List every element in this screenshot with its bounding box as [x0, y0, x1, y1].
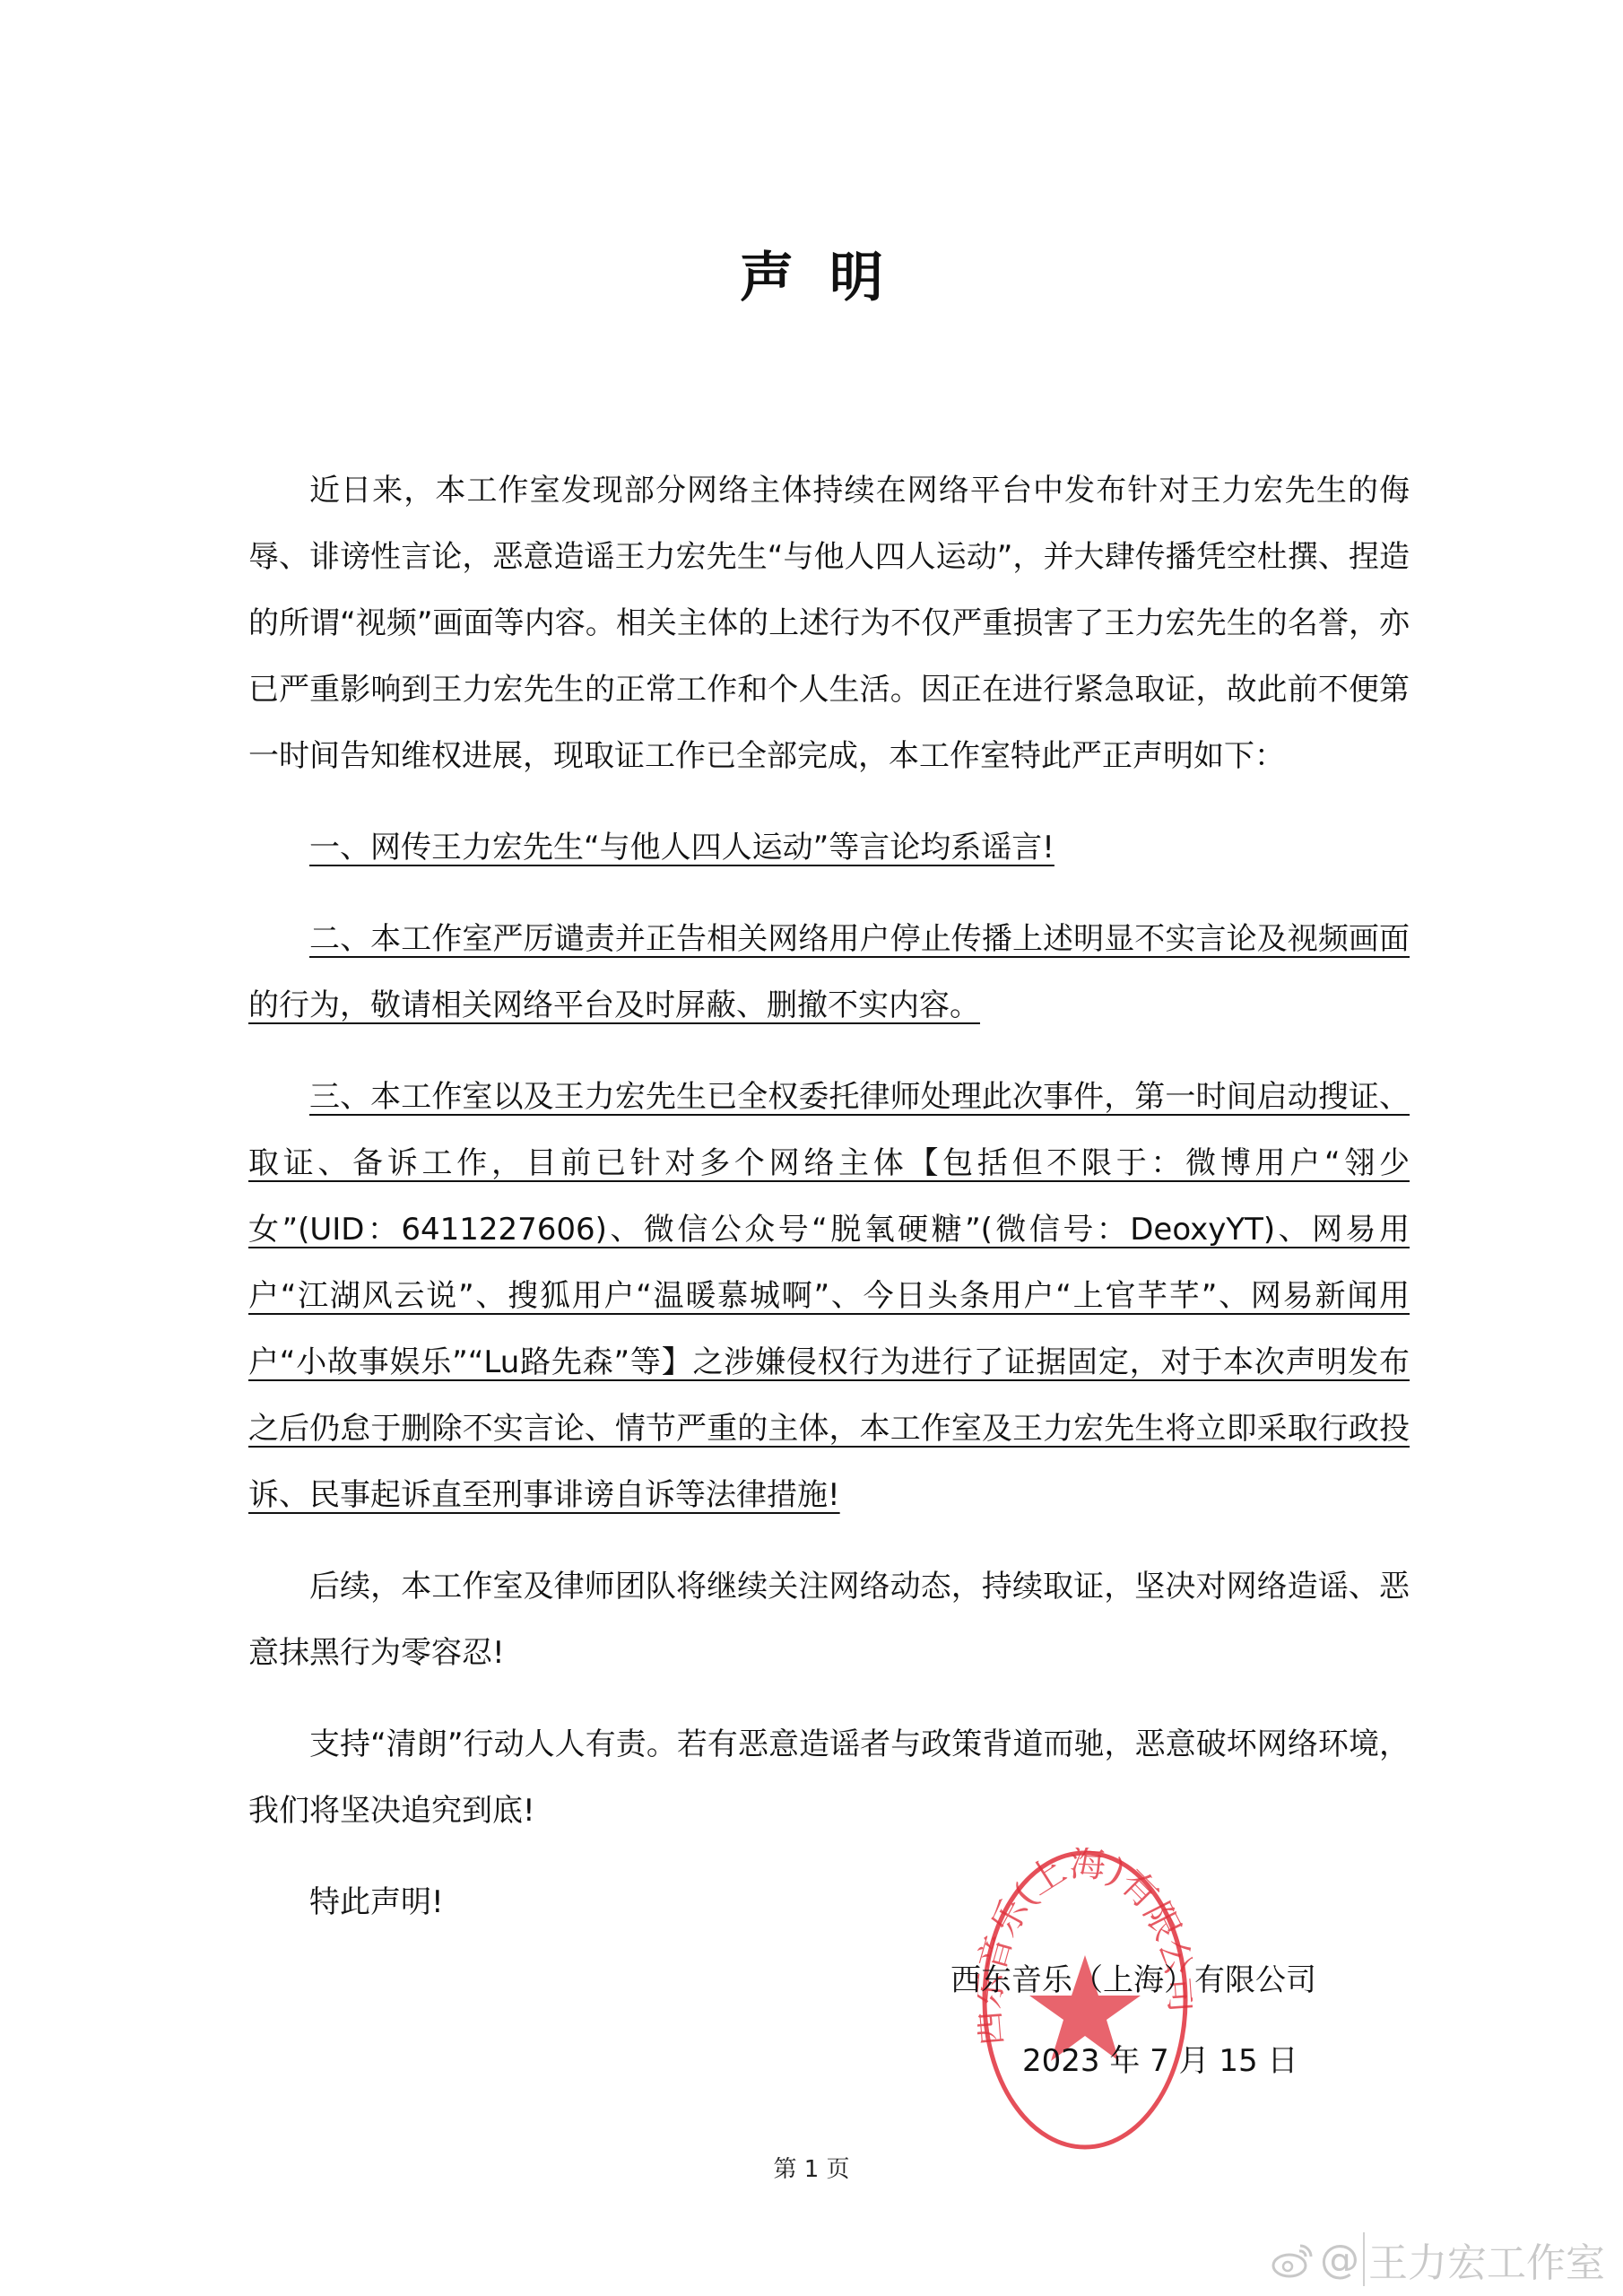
paragraph-support: 支持“清朗”行动人人有责。若有恶意造谣者与政策背道而驰，恶意破坏网络环境，我们将…: [248, 1711, 1410, 1844]
signature-company: 西东音乐（上海）有限公司: [950, 1955, 1316, 1999]
company-seal-icon: 西东音乐(上海)有限公司: [977, 1848, 1193, 2152]
signature-date: 2023 年 7 月 15 日: [1022, 2036, 1298, 2080]
watermark-divider: [1363, 2232, 1365, 2286]
document-title: 声明: [0, 235, 1623, 312]
paragraph-point-2: 二、本工作室严厉谴责并正告相关网络用户停止传播上述明显不实言论及视频画面的行为，…: [248, 921, 1410, 1023]
paragraph-point-3: 三、本工作室以及王力宏先生已全权委托律师处理此次事件，第一时间启动搜证、取证、备…: [248, 1079, 1410, 1513]
paragraph-point-1: 一、网传王力宏先生“与他人四人运动”等言论均系谣言!: [309, 830, 1055, 865]
paragraph-followup: 后续，本工作室及律师团队将继续关注网络动态，持续取证，坚决对网络造谣、恶意抹黑行…: [248, 1553, 1410, 1686]
watermark-text: 王力宏工作室: [1368, 2231, 1605, 2288]
paragraph-intro: 近日来，本工作室发现部分网络主体持续在网络平台中发布针对王力宏先生的侮辱、诽谤性…: [248, 457, 1410, 789]
paragraph-closing: 特此声明!: [248, 1869, 1410, 1935]
weibo-icon: [1270, 2240, 1315, 2278]
weibo-watermark: @ 王力宏工作室: [1270, 2231, 1605, 2288]
document-body: 近日来，本工作室发现部分网络主体持续在网络平台中发布针对王力宏先生的侮辱、诽谤性…: [248, 457, 1410, 1935]
page-number: 第 1 页: [0, 2151, 1623, 2184]
watermark-at: @: [1320, 2237, 1359, 2283]
